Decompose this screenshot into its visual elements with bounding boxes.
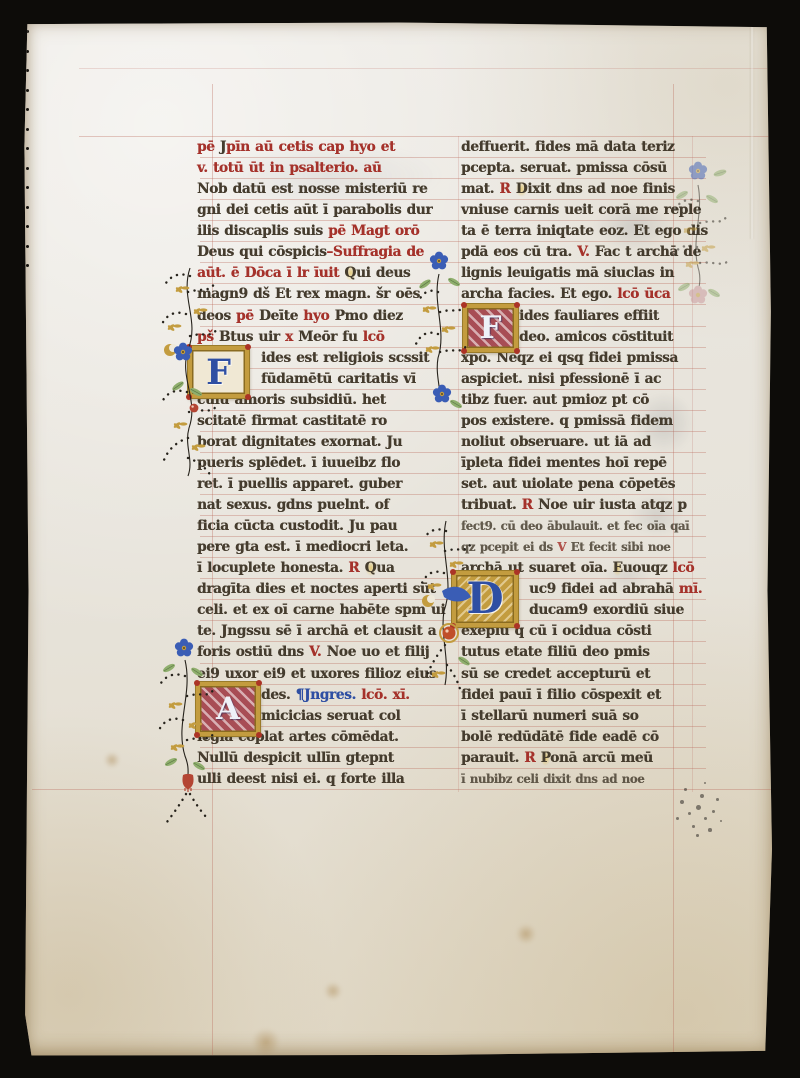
text-line: Nob datū est nosse misteriū re	[197, 180, 427, 201]
text-line: pueris splēdet. ī iuueibz flo	[197, 454, 400, 475]
ruled-line	[79, 68, 769, 69]
text-line: mat. R Dixit dns ad noe finis	[461, 180, 675, 201]
text-line: lignis leuigatis mā siuclas in	[461, 264, 674, 285]
text-line: ficia cūcta custodit. Ju pau	[197, 517, 397, 538]
text-line: scitatē firmat castitatē ro	[197, 412, 387, 433]
text-line: foris ostiū dns V. Noe uo et filij	[197, 643, 429, 664]
sewing-hole	[26, 69, 29, 72]
text-line: des. ¶Jngres. lcō. xī.	[261, 686, 410, 707]
text-line: parauit. R Ponā arcū meū	[461, 749, 653, 770]
ink-speck	[680, 800, 684, 804]
ink-speck	[696, 805, 701, 810]
ink-speck	[712, 810, 715, 813]
floral-spray-left-lower	[151, 616, 221, 828]
text-line: deffuerit. fides mā data teriz	[461, 138, 674, 159]
text-line: micicias seruat col	[261, 707, 400, 728]
text-line: fidei pauī ī filio cōspexit et	[461, 686, 661, 707]
manuscript-photo: pē Jpīn aū cetis cap hyo etv. totū ūt in…	[0, 0, 800, 1078]
ruled-line	[79, 136, 771, 137]
text-line: Deus qui cōspicis–Suffragia de	[197, 243, 424, 264]
ink-speck	[708, 828, 712, 832]
ink-speck	[688, 812, 691, 815]
text-line: aspiciet. nisi pfessionē ī ac	[461, 370, 661, 391]
text-line: te. Jngssu sē ī archā et clausit a	[197, 622, 436, 643]
ink-speck	[704, 782, 706, 784]
text-line: fect9. cū deo ābulauit. et fec oīa qaī	[461, 517, 689, 538]
sewing-hole	[26, 186, 29, 189]
text-line: pdā eos cū tra. V. Fac t archā de	[461, 243, 701, 264]
text-line: set. aut uiolate pena cōpetēs	[461, 475, 675, 496]
foxing-stain	[252, 1028, 280, 1056]
ink-speck	[700, 794, 704, 798]
text-line: ret. ī puellis apparet. guber	[197, 475, 402, 496]
text-line: v. totū ūt in psalterio. aū	[197, 159, 382, 180]
foxing-stain	[104, 752, 120, 768]
text-line: aūt. ē Dōca ī lr īuit Qui deus	[197, 264, 410, 285]
ink-speck	[696, 834, 699, 837]
text-line: gni dei cetis aūt ī parabolis dur	[197, 201, 432, 222]
sewing-hole	[26, 147, 29, 150]
text-line: ides fauliares effiit	[519, 307, 659, 328]
sewing-hole	[26, 264, 29, 267]
sewing-hole	[26, 245, 29, 248]
text-line: ducam9 exordiū siue	[529, 601, 684, 622]
manuscript-leaf: pē Jpīn aū cetis cap hyo etv. totū ūt in…	[24, 22, 772, 1056]
text-line: ulli deest nisi ei. q forte illa	[197, 770, 404, 791]
foxing-stain	[516, 924, 536, 944]
text-line: pere gta est. ī mediocri leta.	[197, 538, 408, 559]
initial-letter: F	[479, 310, 501, 346]
text-line: pos existere. q pmissā fidem	[461, 412, 673, 433]
illuminated-initial-F2: F	[463, 304, 518, 352]
text-line: pcepta. seruat. pmissa cōsū	[461, 159, 667, 180]
text-line: ī nubibz celi dixit dns ad noe	[461, 770, 644, 791]
text-line: noliut obseruare. ut iā ad	[461, 433, 651, 454]
sewing-hole	[26, 206, 29, 209]
text-line: ī stellarū numeri suā so	[461, 707, 638, 728]
text-line: tibz fuer. aut pmioz pt cō	[461, 391, 649, 412]
floral-spray-intercolumn-lower	[416, 513, 476, 695]
floral-spray-intercolumn-upper	[414, 236, 469, 414]
text-line: pē Jpīn aū cetis cap hyo et	[197, 138, 395, 159]
ink-speck	[720, 820, 722, 822]
text-line: ī locuplete honesta. R Qua	[197, 559, 394, 580]
text-line: Nullū despicit ullīn gtepnt	[197, 749, 394, 770]
text-line: deos pē Deīte hyo Pmo diez	[197, 307, 403, 328]
text-line: īpleta fidei mentes hoī repē	[461, 454, 667, 475]
sewing-hole	[26, 108, 29, 111]
text-line: deo. amicos cōstituit	[519, 328, 673, 349]
sewing-hole	[26, 128, 29, 131]
ink-speck	[704, 817, 707, 820]
ink-speck	[684, 788, 687, 791]
sewing-hole	[26, 89, 29, 92]
text-line: bolē redūdātē fide eadē cō	[461, 728, 659, 749]
text-line: sū se credet accepturū et	[461, 665, 650, 686]
sewing-hole	[26, 30, 29, 33]
text-line: ides est religiois scssit	[261, 349, 429, 370]
text-line: tutus etate filiū deo pmis	[461, 643, 649, 664]
text-line: magn9 dš Et rex magn. šr oēs	[197, 285, 420, 306]
sewing-hole	[26, 50, 29, 53]
text-line: qz pcepit ei ds V Et fecit sibi noe	[461, 538, 670, 559]
floral-spray-right-margin-faded	[666, 143, 766, 343]
sewing-hole	[26, 167, 29, 170]
ink-speck	[716, 798, 719, 801]
sewing-hole	[26, 225, 29, 228]
text-line: ilis discaplis suis pē Magt orō	[197, 222, 419, 243]
text-line: celi. et ex oī carne habēte spm ui	[197, 601, 445, 622]
text-line: dragīta dies et noctes aperti sūt	[197, 580, 435, 601]
text-line: borat dignitates exornat. Ju	[197, 433, 402, 454]
foxing-stain	[324, 982, 342, 1000]
ink-speck	[692, 825, 695, 828]
text-line: fūdamētū caritatis vī	[261, 370, 416, 391]
floral-spray-left-upper	[154, 262, 224, 482]
text-line: uc9 fidei ad abrahā mī.	[529, 580, 702, 601]
ink-speck	[676, 817, 679, 820]
text-line: nat sexus. gdns puelnt. of	[197, 496, 389, 517]
text-line: tribuat. R Noe uir iusta atqz p	[461, 496, 687, 517]
